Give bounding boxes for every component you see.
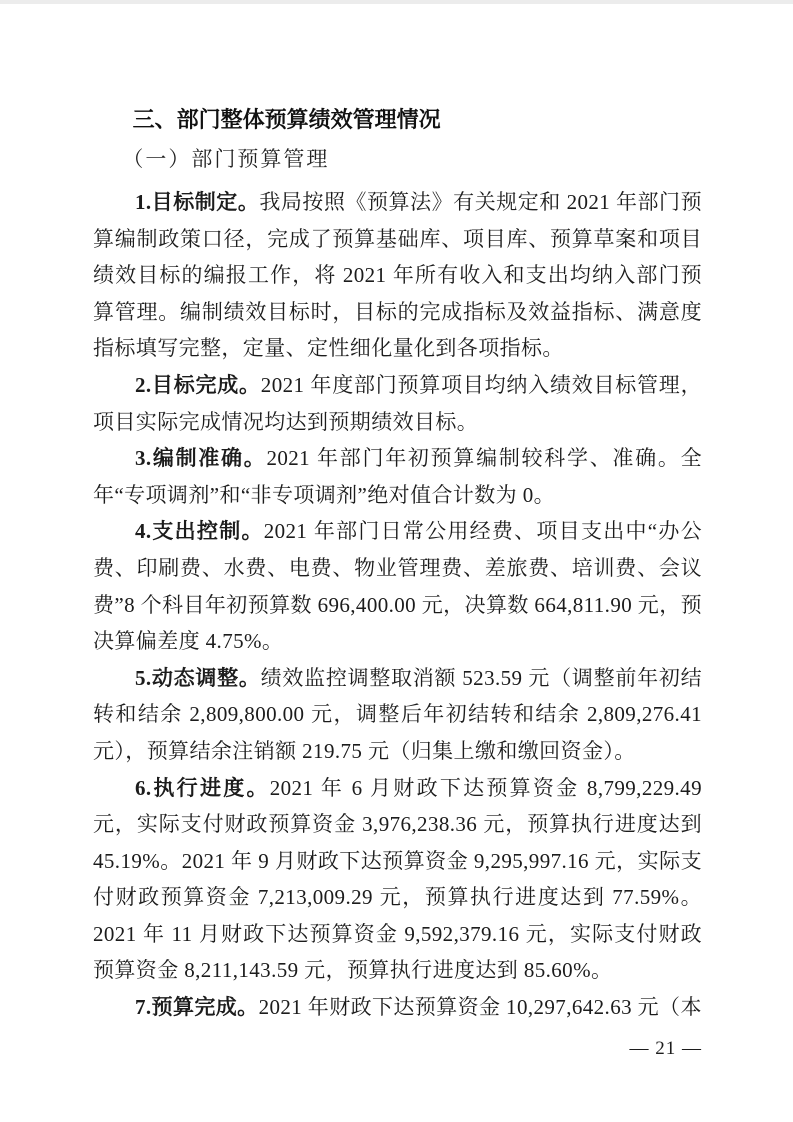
paragraph-lead: 1.目标制定。: [135, 190, 259, 214]
paragraph-lead: 6.执行进度。: [135, 776, 270, 800]
paragraph-text: 我局按照《预算法》有关规定和 2021 年部门预算编制政策口径，完成了预算基础库…: [93, 190, 702, 360]
paragraph-text: 2021 年财政下达预算资金 10,297,642.63 元（本: [259, 995, 702, 1019]
paragraph-budget-completion: 7.预算完成。2021 年财政下达预算资金 10,297,642.63 元（本: [93, 989, 702, 1026]
section-heading: 三、部门整体预算绩效管理情况: [93, 100, 702, 140]
paragraph-lead: 7.预算完成。: [135, 995, 259, 1019]
subsection-heading: （一）部门预算管理: [93, 140, 702, 179]
paragraph-text: 2021 年 6 月财政下达预算资金 8,799,229.49 元，实际支付财政…: [93, 776, 702, 983]
paragraph-dynamic-adjustment: 5.动态调整。绩效监控调整取消额 523.59 元（调整前年初结转和结余 2,8…: [93, 660, 702, 770]
paragraph-goal-setting: 1.目标制定。我局按照《预算法》有关规定和 2021 年部门预算编制政策口径，完…: [93, 184, 702, 367]
document-content: 三、部门整体预算绩效管理情况 （一）部门预算管理 1.目标制定。我局按照《预算法…: [93, 100, 702, 1026]
paragraph-lead: 2.目标完成。: [135, 373, 261, 397]
paragraph-lead: 3.编制准确。: [135, 446, 266, 470]
paragraph-lead: 4.支出控制。: [135, 519, 264, 543]
page-number: — 21 —: [630, 1038, 703, 1060]
document-page: 三、部门整体预算绩效管理情况 （一）部门预算管理 1.目标制定。我局按照《预算法…: [0, 0, 793, 1122]
page-top-edge: [0, 0, 793, 4]
paragraph-expenditure-control: 4.支出控制。2021 年部门日常公用经费、项目支出中“办公费、印刷费、水费、电…: [93, 513, 702, 659]
paragraph-goal-completion: 2.目标完成。2021 年度部门预算项目均纳入绩效目标管理，项目实际完成情况均达…: [93, 367, 702, 440]
body-text: 1.目标制定。我局按照《预算法》有关规定和 2021 年部门预算编制政策口径，完…: [93, 184, 702, 1026]
paragraph-lead: 5.动态调整。: [135, 666, 261, 690]
paragraph-execution-progress: 6.执行进度。2021 年 6 月财政下达预算资金 8,799,229.49 元…: [93, 770, 702, 990]
paragraph-budget-accuracy: 3.编制准确。2021 年部门年初预算编制较科学、准确。全年“专项调剂”和“非专…: [93, 440, 702, 513]
